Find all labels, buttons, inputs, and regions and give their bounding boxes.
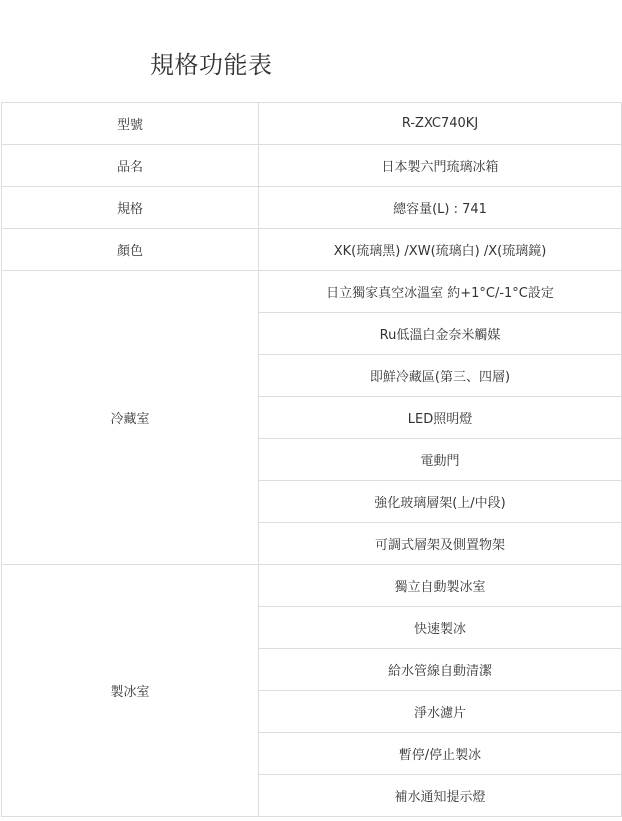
feature-item: 給水管線自動清潔 [259, 649, 622, 691]
feature-item: 快速製冰 [259, 607, 622, 649]
feature-item: 補水通知提示燈 [259, 775, 622, 817]
spec-label: 規格 [2, 187, 259, 229]
feature-row: 冷藏室 日立獨家真空冰溫室 約+1°C/-1°C設定 [2, 271, 622, 313]
spec-value: 日本製六門琉璃冰箱 [259, 145, 622, 187]
spec-value: R-ZXC740KJ [259, 103, 622, 145]
spec-label: 品名 [2, 145, 259, 187]
feature-item: 淨水濾片 [259, 691, 622, 733]
spec-table: 型號 R-ZXC740KJ 品名 日本製六門琉璃冰箱 規格 總容量(L) : 7… [1, 102, 622, 817]
feature-item: 日立獨家真空冰溫室 約+1°C/-1°C設定 [259, 271, 622, 313]
spec-value: XK(琉璃黑) /XW(琉璃白) /X(琉璃鏡) [259, 229, 622, 271]
feature-item: Ru低溫白金奈米觸媒 [259, 313, 622, 355]
feature-item: 可調式層架及側置物架 [259, 523, 622, 565]
spec-row-color: 顏色 XK(琉璃黑) /XW(琉璃白) /X(琉璃鏡) [2, 229, 622, 271]
feature-item: 暫停/停止製冰 [259, 733, 622, 775]
feature-item: 強化玻璃層架(上/中段) [259, 481, 622, 523]
feature-item: LED照明燈 [259, 397, 622, 439]
spec-row-capacity: 規格 總容量(L) : 741 [2, 187, 622, 229]
page-title: 規格功能表 [150, 49, 273, 81]
feature-row: 製冰室 獨立自動製冰室 [2, 565, 622, 607]
group-label-fridge: 冷藏室 [2, 271, 259, 565]
feature-item: 即鮮冷藏區(第三、四層) [259, 355, 622, 397]
feature-item: 電動門 [259, 439, 622, 481]
group-label-ice-maker: 製冰室 [2, 565, 259, 817]
spec-label: 型號 [2, 103, 259, 145]
spec-row-product-name: 品名 日本製六門琉璃冰箱 [2, 145, 622, 187]
spec-value: 總容量(L) : 741 [259, 187, 622, 229]
spec-row-model: 型號 R-ZXC740KJ [2, 103, 622, 145]
feature-item: 獨立自動製冰室 [259, 565, 622, 607]
spec-label: 顏色 [2, 229, 259, 271]
